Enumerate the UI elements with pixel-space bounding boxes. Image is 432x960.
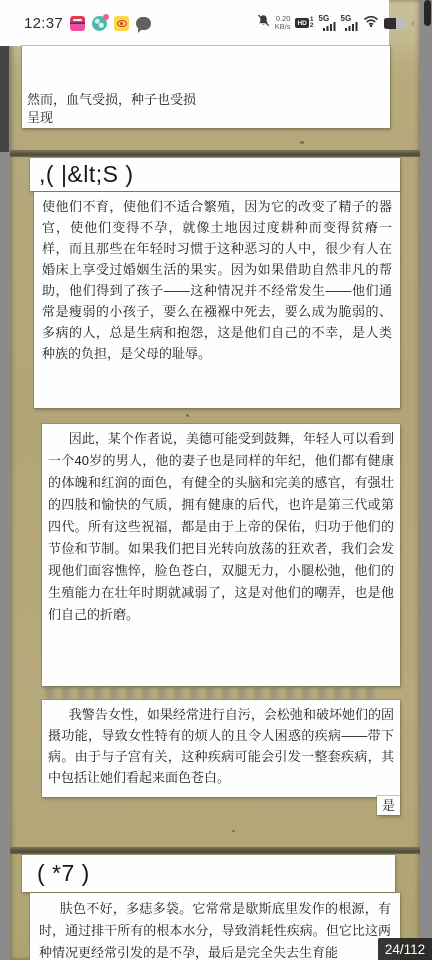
paragraph-1-text: 使他们不育，使他们不适合繁殖，因为它的改变了精子的器官，使他们变得不孕，就像土地… bbox=[42, 196, 392, 364]
page-left-shadow bbox=[0, 28, 9, 152]
fragment-line-1: 然而，血气受损，种子也受损 bbox=[27, 91, 386, 109]
messenger-app-icon bbox=[136, 17, 151, 30]
faint-scanned-text bbox=[46, 687, 376, 699]
battery-icon bbox=[384, 18, 406, 29]
ocr-block-paragraph-1[interactable]: 使他们不育，使他们不适合繁殖，因为它的改变了精子的器官，使他们变得不孕，就像土地… bbox=[34, 192, 400, 408]
sim-indexes: 1 2 bbox=[310, 17, 314, 30]
page-indicator-badge: 24/112 bbox=[378, 938, 432, 960]
ocr-block-fragment-right[interactable]: 是 bbox=[377, 796, 400, 815]
scan-speck bbox=[232, 830, 235, 832]
globe-app-icon bbox=[92, 16, 107, 31]
sim1-signal-icon: 5G bbox=[319, 15, 336, 31]
ocr-block-paragraph-4[interactable]: 肤色不好，多痣多袋。它常常是歇斯底里发作的根源，有时，通过排干所有的根本水分，导… bbox=[30, 893, 400, 960]
sim2-signal-icon: 5G bbox=[341, 15, 358, 31]
ocr-block-heading-1[interactable]: ,( |&lt;S ) bbox=[30, 158, 400, 191]
scrollbar-thumb[interactable] bbox=[424, 0, 431, 26]
page-boundary-bottom bbox=[10, 847, 420, 854]
mute-icon bbox=[257, 14, 270, 32]
network-speed: 0.20 KB/s bbox=[275, 15, 291, 31]
ocr-block-heading-2[interactable]: ( *7 ) bbox=[22, 855, 395, 892]
fragment-line-2: 呈现 bbox=[27, 109, 386, 127]
media-app-icon bbox=[70, 16, 85, 31]
status-bar: 12:37 0.20 KB/s HD 1 2 bbox=[0, 0, 432, 44]
heading-1-text: ,( |&lt;S ) bbox=[39, 161, 134, 188]
weibo-app-icon bbox=[114, 16, 129, 31]
status-bar-right: 0.20 KB/s HD 1 2 5G 5G bbox=[257, 14, 414, 32]
network-speed-unit: KB/s bbox=[275, 23, 291, 31]
fragment-right-text: 是 bbox=[382, 795, 395, 816]
ocr-block-paragraph-3[interactable]: 我警告女性，如果经常进行自污，会松弛和破坏她们的固摄功能，导致女性特有的烦人的且… bbox=[42, 700, 400, 797]
wifi-icon bbox=[363, 14, 379, 32]
clock: 12:37 bbox=[24, 15, 63, 32]
scan-speck bbox=[186, 414, 189, 417]
hd-icon: HD bbox=[295, 18, 308, 28]
page-boundary-top bbox=[10, 150, 420, 157]
sim2-index: 2 bbox=[310, 23, 314, 30]
paragraph-2-text: 因此，某个作者说，美德可能受到鼓舞，年轻人可以看到一个40岁的男人，他的妻子也是… bbox=[48, 428, 394, 626]
volte-hd-indicator: HD 1 2 bbox=[295, 17, 313, 30]
phone-screen: 12:37 0.20 KB/s HD 1 2 bbox=[0, 0, 432, 960]
scan-speck bbox=[300, 141, 304, 144]
ocr-block-fragment[interactable]: 然而，血气受损，种子也受损 呈现 bbox=[22, 46, 390, 128]
ocr-block-paragraph-2[interactable]: 因此，某个作者说，美德可能受到鼓舞，年轻人可以看到一个40岁的男人，他的妻子也是… bbox=[42, 424, 400, 686]
paragraph-3-text: 我警告女性，如果经常进行自污，会松弛和破坏她们的固摄功能，导致女性特有的烦人的且… bbox=[48, 704, 394, 788]
battery-nub bbox=[412, 21, 415, 26]
heading-2-text: ( *7 ) bbox=[37, 860, 90, 887]
status-bar-left: 12:37 bbox=[24, 15, 151, 32]
paragraph-4-text: 肤色不好，多痣多袋。它常常是歇斯底里发作的根源，有时，通过排干所有的根本水分，导… bbox=[39, 898, 391, 960]
